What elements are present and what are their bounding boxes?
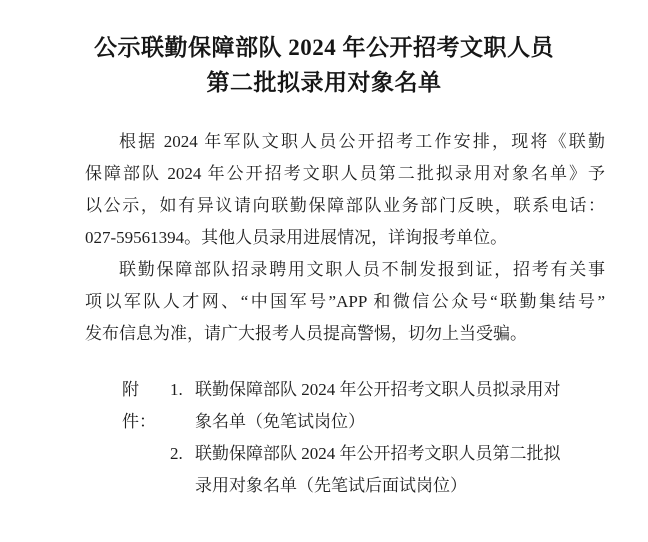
attachment-item-2-line: 录用对象名单（先笔试后面试岗位） — [195, 470, 605, 502]
attachment-list: 1. 联勤保障部队 2024 年公开招考文职人员拟录用对 象名单（免笔试岗位） … — [170, 374, 605, 502]
attachment-item-1-line: 联勤保障部队 2024 年公开招考文职人员拟录用对 — [195, 374, 605, 406]
attachment-section: 附件： 1. 联勤保障部队 2024 年公开招考文职人员拟录用对 象名单（免笔试… — [122, 374, 605, 502]
paragraph-1-line: 根据 2024 年军队文职人员公开招考工作安排，现将《联勤 — [85, 126, 605, 158]
title-line-1: 公示联勤保障部队 2024 年公开招考文职人员 — [0, 30, 648, 65]
attachment-item-1-number: 1. — [170, 374, 195, 406]
paragraph-2-line: 联勤保障部队招录聘用文职人员不制发报到证，招考有关事 — [85, 254, 605, 286]
paragraph-2-line: 项以军队人才网、“中国军号”APP 和微信公众号“联勤集结号” — [85, 286, 605, 318]
document-title: 公示联勤保障部队 2024 年公开招考文职人员 第二批拟录用对象名单 — [0, 0, 648, 100]
title-line-2: 第二批拟录用对象名单 — [0, 65, 648, 100]
document-body: 根据 2024 年军队文职人员公开招考工作安排，现将《联勤 保障部队 2024 … — [85, 126, 605, 502]
paragraph-1: 根据 2024 年军队文职人员公开招考工作安排，现将《联勤 保障部队 2024 … — [85, 126, 605, 254]
attachment-item-1-text: 联勤保障部队 2024 年公开招考文职人员拟录用对 象名单（免笔试岗位） — [195, 374, 605, 438]
attachment-label: 附件： — [122, 374, 170, 438]
paragraph-1-line: 保障部队 2024 年公开招考文职人员第二批拟录用对象名单》予 — [85, 158, 605, 190]
paragraph-1-line: 027-59561394。其他人员录用进展情况，详询报考单位。 — [85, 222, 605, 254]
paragraph-1-line: 以公示，如有异议请向联勤保障部队业务部门反映，联系电话： — [85, 190, 605, 222]
attachment-item-2-text: 联勤保障部队 2024 年公开招考文职人员第二批拟 录用对象名单（先笔试后面试岗… — [195, 438, 605, 502]
document-page: 公示联勤保障部队 2024 年公开招考文职人员 第二批拟录用对象名单 根据 20… — [0, 0, 648, 542]
attachment-item-2-number: 2. — [170, 438, 195, 470]
attachment-item-1-line: 象名单（免笔试岗位） — [195, 406, 605, 438]
attachment-item-2-line: 联勤保障部队 2024 年公开招考文职人员第二批拟 — [195, 438, 605, 470]
paragraph-2-line: 发布信息为准，请广大报考人员提高警惕，切勿上当受骗。 — [85, 318, 605, 350]
paragraph-2: 联勤保障部队招录聘用文职人员不制发报到证，招考有关事 项以军队人才网、“中国军号… — [85, 254, 605, 350]
attachment-item-2: 2. 联勤保障部队 2024 年公开招考文职人员第二批拟 录用对象名单（先笔试后… — [170, 438, 605, 502]
attachment-item-1: 1. 联勤保障部队 2024 年公开招考文职人员拟录用对 象名单（免笔试岗位） — [170, 374, 605, 438]
